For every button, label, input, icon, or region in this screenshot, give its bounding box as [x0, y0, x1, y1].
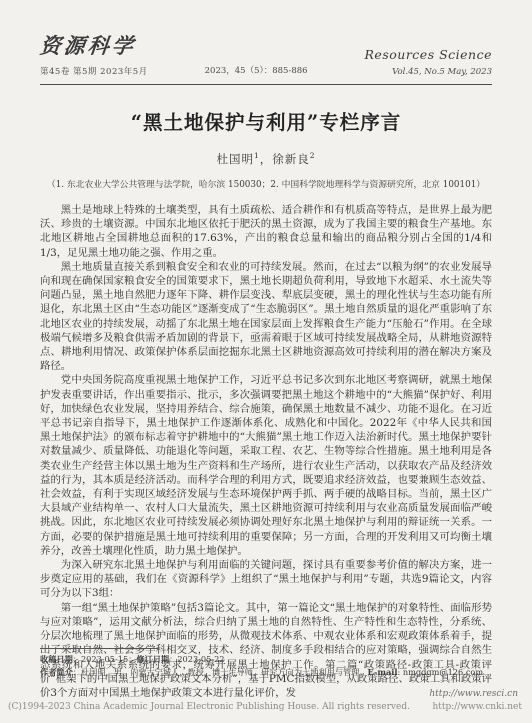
author-bio-value: ：杜国明，男，内蒙古宁城人，教授，博士生导师，研究方向为土地利用与管理。: [73, 667, 368, 677]
footnote-divider: [40, 648, 158, 649]
cnki-url: http://www.cnki.net: [432, 702, 522, 712]
journal-logo: 资源科学: [38, 30, 137, 60]
received-date-value: ：2023-05-15；: [73, 654, 137, 664]
revised-date-value: ：2023-05-22: [169, 654, 224, 664]
affiliation-line: （1. 东北农业大学公共管理与法学院，哈尔滨 150030；2. 中国科学院地理…: [40, 177, 492, 190]
copyright-text: (C)1994-2023 China Academic Journal Elec…: [8, 702, 410, 712]
author-separator: ，: [260, 152, 273, 166]
email-label: E-mail: [368, 667, 398, 677]
journal-header-left: 资源科学 第45卷 第5期 2023年5月: [40, 30, 148, 77]
footnote-block: 收稿日期：2023-05-15；修订日期：2023-05-22 作者简介：杜国明…: [40, 648, 492, 679]
author-bio-label: 作者简介: [40, 667, 73, 677]
email-value: : nmgdgm@126.com: [398, 667, 484, 677]
article-body: 黑土是地球上特殊的土壤类型，具有土质疏松、适合耕作和有机质高等特点，是世界上最为…: [40, 203, 492, 700]
paragraph-4: 为深入研究东北黑土地保护与利用面临的关键问题，探讨具有重要参考价值的解决方案，进…: [40, 558, 492, 601]
copyright-line: (C)1994-2023 China Academic Journal Elec…: [8, 702, 522, 712]
received-date-label: 收稿日期: [40, 654, 73, 664]
author-2-superscript: 2: [310, 151, 316, 160]
journal-name-en: Resources Science: [365, 47, 492, 62]
article-title: “黑土地保护与利用”专栏序言: [40, 107, 492, 135]
paragraph-1: 黑土是地球上特殊的土壤类型，具有土质疏松、适合耕作和有机质高等特点，是世界上最为…: [40, 203, 492, 260]
author-line: 杜国明1，徐新良2: [40, 151, 492, 167]
author-1-name: 杜国明: [216, 152, 254, 166]
author-bio-line: 作者简介：杜国明，男，内蒙古宁城人，教授，博士生导师，研究方向为土地利用与管理。…: [40, 666, 492, 679]
revised-date-label: 修订日期: [136, 654, 169, 664]
journal-page: 资源科学 第45卷 第5期 2023年5月 2023，45（5）：885-886…: [0, 0, 532, 723]
dates-line: 收稿日期：2023-05-15；修订日期：2023-05-22: [40, 653, 492, 666]
journal-header: 资源科学 第45卷 第5期 2023年5月 2023，45（5）：885-886…: [40, 30, 492, 85]
author-2-name: 徐新良: [272, 152, 310, 166]
resci-url: http://www.resci.cn: [429, 689, 518, 699]
journal-issue-en: Vol.45, No.5 May, 2023: [365, 67, 492, 77]
paragraph-3: 党中央国务院高度重视黑土地保护工作，习近平总书记多次到东北地区考察调研，就黑土地…: [40, 373, 492, 558]
journal-header-right: Resources Science Vol.45, No.5 May, 2023: [365, 47, 492, 77]
journal-issue-cn: 第45卷 第5期 2023年5月: [40, 65, 148, 77]
paragraph-2: 黑土地质量直接关系到粮食安全和农业的可持续发展。然而，在过去“以粮为纲”的农业发…: [40, 260, 492, 374]
journal-citation: 2023，45（5）：885-886: [205, 64, 308, 77]
